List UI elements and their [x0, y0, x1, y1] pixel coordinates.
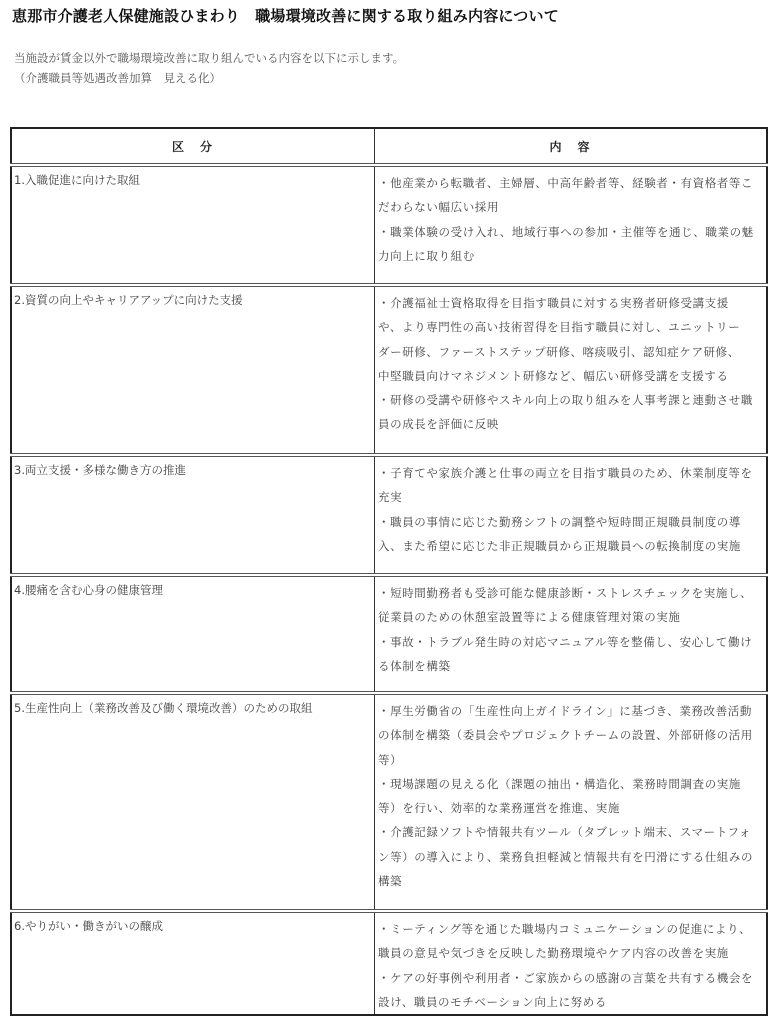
category-text: 2.資質の向上やキャリアアップに向けた支援: [12, 287, 374, 308]
category-text: 6.やりがい・働きがいの醸成: [12, 913, 374, 934]
content-cell: ・ミーティング等を通じた職場内コミュニケーションの促進により、 職員の意見や気づ…: [375, 911, 768, 1015]
content-cell: ・介護福祉士資格取得を目指す職員に対する実務者研修受講支援 や、より専門性の高い…: [375, 285, 768, 455]
content-line: ・現場課題の見える化（課題の抽出・構造化、業務時間調査の実施: [378, 772, 762, 796]
content-line: の体制を構築（委員会やプロジェクトチームの設置、外部研修の活用: [378, 723, 762, 747]
category-cell: 2.資質の向上やキャリアアップに向けた支援: [11, 285, 375, 455]
content-cell: ・厚生労働省の「生産性向上ガイドライン」に基づき、業務改善活動 の体制を構築（委…: [375, 693, 768, 911]
content-line: ・ケアの好事例や利用者・ご家族からの感謝の言葉を共有する機会を: [378, 966, 762, 990]
content-line: 力向上に取り組む: [378, 244, 762, 268]
content-line: 設け、職員のモチベーション向上に努める: [378, 990, 762, 1014]
content-line: 職員の意見や気づきを反映した勤務環境やケア内容の改善を実施: [378, 941, 762, 965]
table-row: 3.両立支援・多様な働き方の推進 ・子育てや家族介護と仕事の両立を目指す職員のた…: [11, 455, 767, 575]
table-row: 4.腰痛を含む心身の健康管理 ・短時間勤務者も受診可能な健康診断・ストレスチェッ…: [11, 575, 767, 693]
content-line: 構築: [378, 869, 762, 893]
content-line: ・短時間勤務者も受診可能な健康診断・ストレスチェックを実施し、: [378, 581, 762, 605]
content-line: ・事故・トラブル発生時の対応マニュアル等を整備し、安心して働け: [378, 630, 762, 654]
content-line: 充実: [378, 485, 762, 509]
content-line: ・職員の事情に応じた勤務シフトの調整や短時間正規職員制度の導: [378, 510, 762, 534]
category-cell: 5.生産性向上（業務改善及び働く環境改善）のための取組: [11, 693, 375, 911]
category-cell: 1.入職促進に向けた取組: [11, 165, 375, 285]
page-title: 恵那市介護老人保健施設ひまわり 職場環境改善に関する取り組み内容について: [12, 5, 559, 26]
category-cell: 4.腰痛を含む心身の健康管理: [11, 575, 375, 693]
content-line: ・職業体験の受け入れ、地域行事への参加・主催等を通じ、職業の魅: [378, 220, 762, 244]
table-header-row: 区 分 内 容: [11, 128, 767, 165]
category-text: 1.入職促進に向けた取組: [12, 167, 374, 188]
content-line: る体制を構築: [378, 654, 762, 678]
category-text: 4.腰痛を含む心身の健康管理: [12, 577, 374, 598]
improvement-table: 区 分 内 容 1.入職促進に向けた取組 ・他産業から転職者、主婦層、中高年齢者…: [10, 127, 768, 1016]
category-cell: 3.両立支援・多様な働き方の推進: [11, 455, 375, 575]
content-line: 等）を行い、効率的な業務運営を推進、実施: [378, 796, 762, 820]
content-line: 従業員のための休憩室設置等による健康管理対策の実施: [378, 605, 762, 629]
content-line: 中堅職員向けマネジメント研修など、幅広い研修受講を支援する: [378, 364, 762, 388]
category-text: 3.両立支援・多様な働き方の推進: [12, 457, 374, 478]
content-line: ・他産業から転職者、主婦層、中高年齢者等、経験者・有資格者等こ: [378, 171, 762, 195]
table-row: 5.生産性向上（業務改善及び働く環境改善）のための取組 ・厚生労働省の「生産性向…: [11, 693, 767, 911]
content-cell: ・他産業から転職者、主婦層、中高年齢者等、経験者・有資格者等こ だわらない幅広い…: [375, 165, 768, 285]
intro-line-1: 当施設が賃金以外で職場環境改善に取り組んでいる内容を以下に示します。: [14, 48, 404, 68]
column-header-content: 内 容: [375, 128, 768, 165]
content-line: だわらない幅広い採用: [378, 195, 762, 219]
column-header-category: 区 分: [11, 128, 375, 165]
category-text: 5.生産性向上（業務改善及び働く環境改善）のための取組: [12, 695, 374, 716]
table-row: 6.やりがい・働きがいの醸成 ・ミーティング等を通じた職場内コミュニケーションの…: [11, 911, 767, 1015]
intro-line-2: （介護職員等処遇改善加算 見える化）: [14, 68, 404, 88]
table-row: 1.入職促進に向けた取組 ・他産業から転職者、主婦層、中高年齢者等、経験者・有資…: [11, 165, 767, 285]
content-cell: ・子育てや家族介護と仕事の両立を目指す職員のため、休業制度等を 充実 ・職員の事…: [375, 455, 768, 575]
content-cell: ・短時間勤務者も受診可能な健康診断・ストレスチェックを実施し、 従業員のための休…: [375, 575, 768, 693]
content-line: ・子育てや家族介護と仕事の両立を目指す職員のため、休業制度等を: [378, 461, 762, 485]
content-line: 員の成長を評価に反映: [378, 412, 762, 436]
content-line: ・介護記録ソフトや情報共有ツール（タブレット端末、スマートフォ: [378, 820, 762, 844]
content-line: ・厚生労働省の「生産性向上ガイドライン」に基づき、業務改善活動: [378, 699, 762, 723]
table-row: 2.資質の向上やキャリアアップに向けた支援 ・介護福祉士資格取得を目指す職員に対…: [11, 285, 767, 455]
content-line: ・介護福祉士資格取得を目指す職員に対する実務者研修受講支援: [378, 291, 762, 315]
content-line: ダー研修、ファーストステップ研修、喀痰吸引、認知症ケア研修、: [378, 340, 762, 364]
intro-text: 当施設が賃金以外で職場環境改善に取り組んでいる内容を以下に示します。 （介護職員…: [14, 48, 404, 88]
content-line: ン等）の導入により、業務負担軽減と情報共有を円滑にする仕組みの: [378, 845, 762, 869]
content-line: や、より専門性の高い技術習得を目指す職員に対し、ユニットリー: [378, 315, 762, 339]
content-line: 入、また希望に応じた非正規職員から正規職員への転換制度の実施: [378, 534, 762, 558]
content-line: 等）: [378, 748, 762, 772]
content-line: ・ミーティング等を通じた職場内コミュニケーションの促進により、: [378, 917, 762, 941]
content-line: ・研修の受講や研修やスキル向上の取り組みを人事考課と連動させ職: [378, 388, 762, 412]
category-cell: 6.やりがい・働きがいの醸成: [11, 911, 375, 1015]
